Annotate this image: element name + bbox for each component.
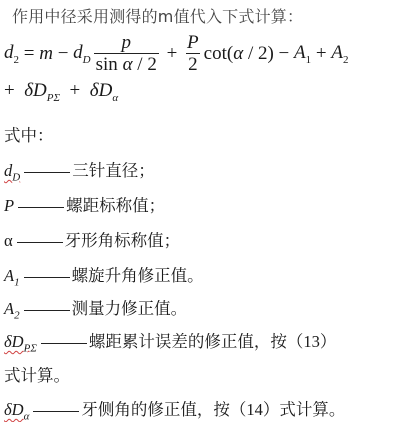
fraction-p-over-sin: p sin α / 2	[94, 33, 159, 76]
var-dD: dD	[73, 42, 90, 66]
var-dDPsum: δDPΣ	[24, 80, 60, 101]
cot-term: cot(α / 2)	[204, 43, 274, 65]
var-dDalpha: δDα	[90, 80, 118, 101]
em-dash	[33, 411, 79, 412]
definition-alpha: α牙形角标称值；	[4, 227, 180, 251]
em-dash	[41, 343, 87, 344]
intro-text: 作用中径采用测得的m值代入下式计算：	[12, 4, 303, 27]
var-A1: A1	[294, 42, 311, 66]
minus-sign: −	[53, 43, 73, 65]
em-dash	[24, 310, 70, 311]
definition-continuation: 式计算。	[4, 362, 70, 386]
var-d2: d2	[4, 42, 19, 66]
em-dash	[17, 242, 63, 243]
definition-A2: A2测量力修正值。	[4, 295, 187, 321]
definition-dDalpha: δDα牙侧角的修正值，按（14）式计算。	[4, 396, 345, 422]
var-A2: A2	[331, 42, 348, 66]
definition-A1: A1螺旋升角修正值。	[4, 262, 204, 288]
formula-line-1: d2 = m − dD p sin α / 2 + P 2 cot(α / 2)…	[4, 30, 348, 78]
definition-dD: dD三针直径；	[4, 157, 155, 183]
formula-line-2: + δDPΣ + δDα	[4, 80, 118, 104]
definition-dDPsum: δDPΣ螺距累计误差的修正值，按（13）	[4, 328, 336, 354]
fraction-P-over-2: P 2	[185, 33, 201, 76]
em-dash	[24, 277, 70, 278]
plus-sign: +	[162, 43, 182, 65]
em-dash	[24, 172, 70, 173]
em-dash	[18, 207, 64, 208]
equals-sign: =	[19, 43, 39, 65]
definition-P: P螺距标称值；	[4, 192, 165, 216]
var-m: m	[39, 43, 53, 65]
where-label: 式中：	[4, 122, 54, 146]
